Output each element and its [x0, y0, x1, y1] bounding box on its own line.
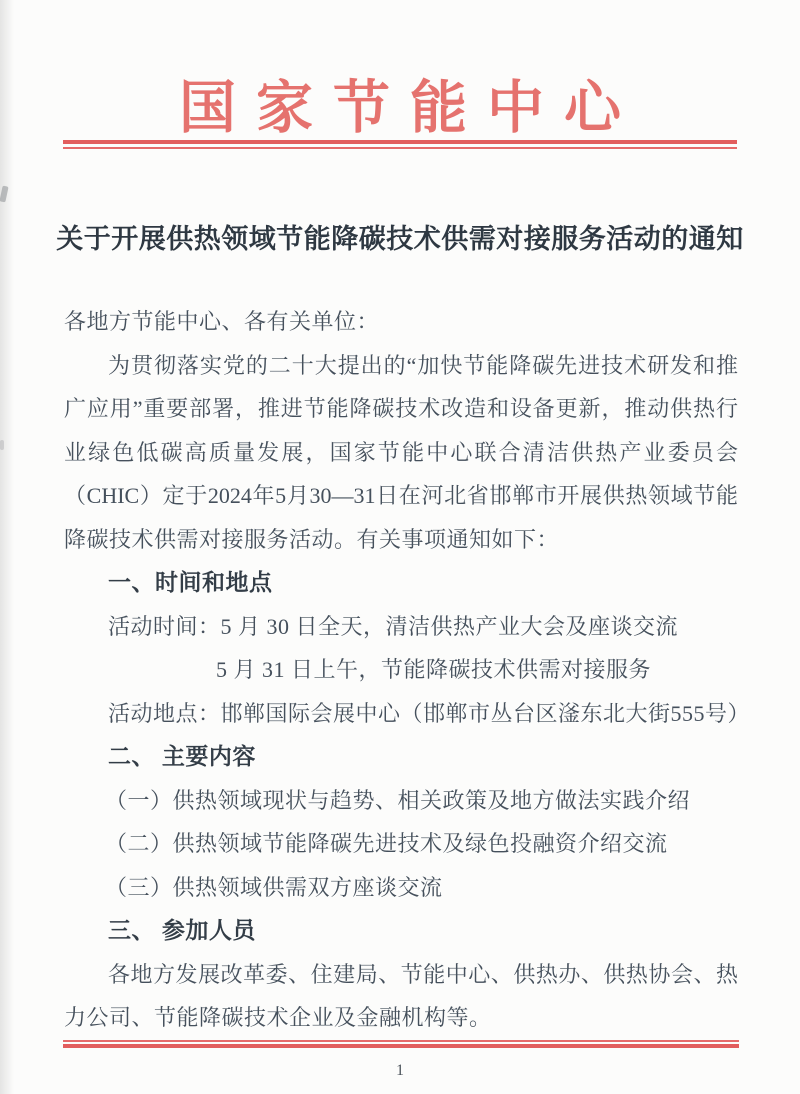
letterhead-double-rule [63, 140, 737, 149]
body-line: 降碳技术供需对接服务活动。有关事项通知如下： [64, 518, 738, 562]
body-line: 活动时间：5 月 30 日全天，清洁供热产业大会及座谈交流 [64, 605, 738, 649]
document-body: 各地方节能中心、各有关单位：为贯彻落实党的二十大提出的“加快节能降碳先进技术研发… [64, 300, 738, 1040]
body-line: 三、 参加人员 [64, 909, 738, 953]
page-number: 1 [0, 1062, 800, 1080]
body-line: 力公司、节能降碳技术企业及金融机构等。 [64, 996, 738, 1040]
body-line: 为贯彻落实党的二十大提出的“加快节能降碳先进技术研发和推 [64, 344, 738, 388]
body-line: 各地方节能中心、各有关单位： [64, 300, 738, 344]
body-line: （一）供热领域现状与趋势、相关政策及地方做法实践介绍 [105, 779, 738, 823]
scan-smudge [0, 440, 4, 450]
document-title: 关于开展供热领域节能降碳技术供需对接服务活动的通知 [0, 217, 800, 256]
scan-smudge [0, 186, 9, 203]
body-line: 5 月 31 日上午，节能降碳技术供需对接服务 [216, 648, 738, 692]
body-line: （三）供热领域供需双方座谈交流 [105, 866, 738, 910]
body-line: 二、 主要内容 [64, 735, 738, 779]
footer-double-rule [63, 1040, 739, 1048]
rule-thin-line [63, 147, 737, 149]
rule-thick-line [63, 1044, 739, 1048]
body-line: （二）供热领域节能降碳先进技术及绿色投融资介绍交流 [105, 822, 738, 866]
body-line: 各地方发展改革委、住建局、节能中心、供热办、供热协会、热 [64, 953, 738, 997]
body-line: （CHIC）定于2024年5月30—31日在河北省邯郸市开展供热领域节能 [64, 474, 738, 518]
letterhead-org-name: 国家节能中心 [0, 62, 800, 144]
body-line: 一、时间和地点 [64, 561, 738, 605]
body-line: 广应用”重要部署，推进节能降碳技术改造和设备更新，推动供热行 [64, 387, 738, 431]
body-line: 活动地点：邯郸国际会展中心（邯郸市丛台区滏东北大街555号） [64, 692, 738, 736]
body-line: 业绿色低碳高质量发展，国家节能中心联合清洁供热产业委员会 [64, 431, 738, 475]
document-page: 国家节能中心 关于开展供热领域节能降碳技术供需对接服务活动的通知 各地方节能中心… [0, 0, 800, 1094]
